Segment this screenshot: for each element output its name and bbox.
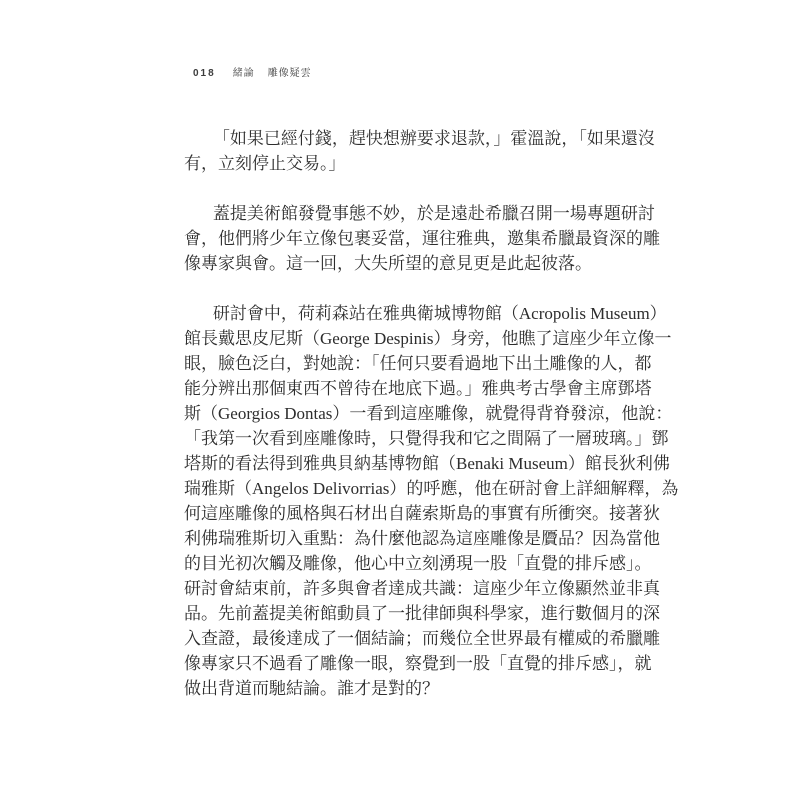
text-line: 塔斯的看法得到雅典貝納基博物館（Benaki Museum）館長狄利佛 [184, 451, 618, 476]
text-line: 瑞雅斯（Angelos Delivorrias）的呼應，他在研討會上詳細解釋，為 [184, 476, 618, 501]
text-line: 館長戴思皮尼斯（George Despinis）身旁，他瞧了這座少年立像一 [184, 326, 618, 351]
text-line: 品。先前蓋提美術館動員了一批律師與科學家，進行數個月的深 [184, 601, 618, 626]
paragraph: 蓋提美術館發覺事態不妙，於是遠赴希臘召開一場專題研討會，他們將少年立像包裹妥當，… [184, 201, 618, 276]
text-line: 做出背道而馳結論。誰才是對的？ [184, 676, 618, 701]
running-header: 018緒論雕像疑雲 [193, 67, 312, 81]
text-line: 何這座雕像的風格與石材出自薩索斯島的事實有所衝突。接著狄 [184, 501, 618, 526]
text-line: 像專家與會。這一回，大失所望的意見更是此起彼落。 [184, 251, 618, 276]
paragraph: 研討會中，荷莉森站在雅典衛城博物館（Acropolis Museum）館長戴思皮… [184, 301, 618, 701]
text-line: 眼，臉色泛白，對她說：「任何只要看過地下出土雕像的人，都 [184, 351, 618, 376]
page-number: 018 [193, 68, 216, 79]
text-line: 有，立刻停止交易。」 [184, 151, 618, 176]
text-line: 斯（Georgios Dontas）一看到這座雕像，就覺得背脊發涼，他說： [184, 401, 618, 426]
paragraph: 「如果已經付錢，趕快想辦要求退款，」霍溫說，「如果還沒有，立刻停止交易。」 [184, 126, 618, 176]
text-line: 的目光初次觸及雕像，他心中立刻湧現一股「直覺的排斥感」。 [184, 551, 618, 576]
body-text: 「如果已經付錢，趕快想辦要求退款，」霍溫說，「如果還沒有，立刻停止交易。」蓋提美… [184, 126, 618, 701]
text-line: 入查證，最後達成了一個結論；而幾位全世界最有權威的希臘雕 [184, 626, 618, 651]
text-line: 「我第一次看到座雕像時，只覺得我和它之間隔了一層玻璃。」鄧 [184, 426, 618, 451]
book-page: 018緒論雕像疑雲 「如果已經付錢，趕快想辦要求退款，」霍溫說，「如果還沒有，立… [0, 0, 800, 800]
text-line: 利佛瑞雅斯切入重點：為什麼他認為這座雕像是贗品？因為當他 [184, 526, 618, 551]
chapter-title: 雕像疑雲 [268, 68, 312, 79]
text-line: 研討會結束前，許多與會者達成共識：這座少年立像顯然並非真 [184, 576, 618, 601]
text-line: 「如果已經付錢，趕快想辦要求退款，」霍溫說，「如果還沒 [184, 126, 618, 151]
text-line: 研討會中，荷莉森站在雅典衛城博物館（Acropolis Museum） [184, 301, 618, 326]
text-line: 會，他們將少年立像包裹妥當，運往雅典，邀集希臘最資深的雕 [184, 226, 618, 251]
text-line: 能分辨出那個東西不曾待在地底下過。」雅典考古學會主席鄧塔 [184, 376, 618, 401]
section-title: 緒論 [233, 68, 255, 79]
text-line: 蓋提美術館發覺事態不妙，於是遠赴希臘召開一場專題研討 [184, 201, 618, 226]
text-line: 像專家只不過看了雕像一眼，察覺到一股「直覺的排斥感」，就 [184, 651, 618, 676]
